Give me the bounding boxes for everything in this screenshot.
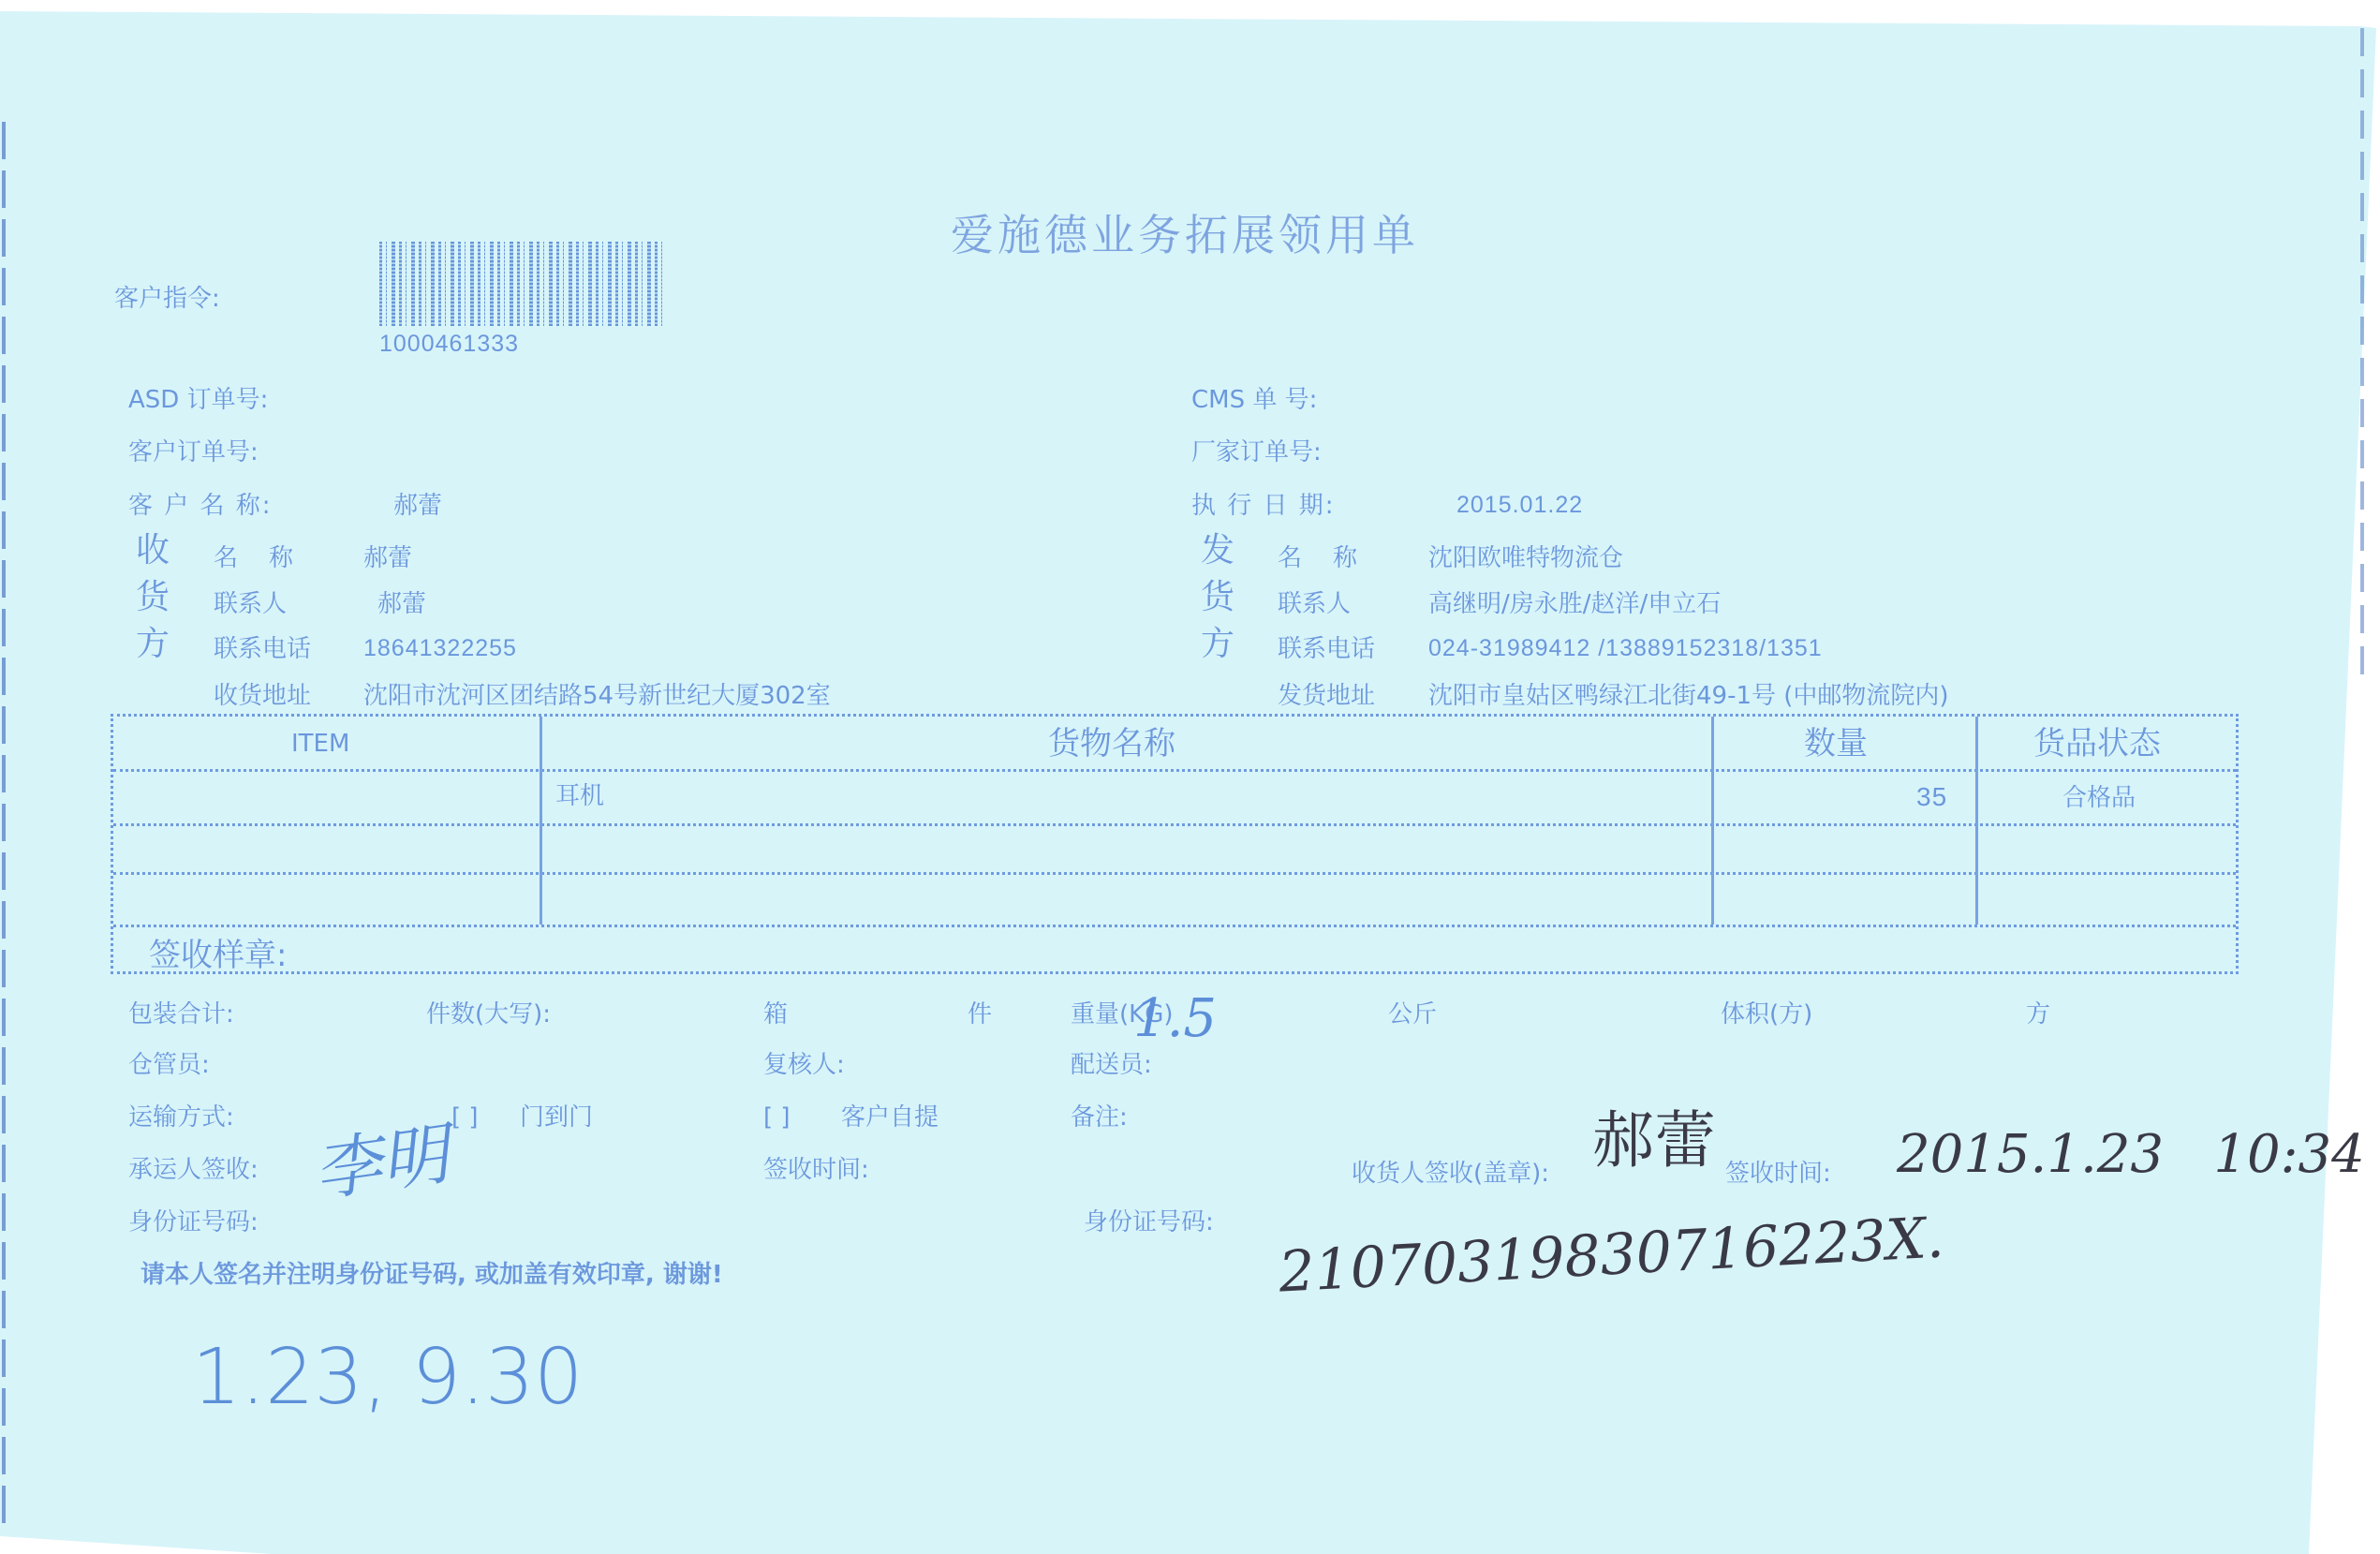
asd-order-label: ASD 订单号: xyxy=(128,388,268,412)
table-header-item: ITEM xyxy=(291,732,349,756)
barcode-icon xyxy=(379,242,665,326)
box-unit: 箱 xyxy=(763,1002,788,1027)
receiver-sign-time-handwritten: 2015.1.23 10:34 xyxy=(1897,1129,2365,1181)
table-column-divider xyxy=(1975,717,1978,925)
self-pickup-label: 客户自提 xyxy=(841,1105,939,1130)
customer-instruction-number: 1000461333 xyxy=(379,333,519,356)
table-divider xyxy=(113,872,2236,875)
piece-unit: 件 xyxy=(968,1002,992,1027)
table-header-status: 货品状态 xyxy=(2033,728,2161,760)
consignee-phone-value: 18641322255 xyxy=(363,637,517,660)
reviewer-label: 复核人: xyxy=(763,1053,845,1077)
table-column-divider xyxy=(540,717,542,925)
row-goods-name: 耳机 xyxy=(555,784,604,808)
volume-label: 体积(方) xyxy=(1721,1002,1812,1027)
self-pickup-checkbox[interactable]: [ ] xyxy=(763,1105,791,1130)
shipper-side-char-1: 发 xyxy=(1201,534,1234,568)
receiver-sign-label: 收货人签收(盖章): xyxy=(1352,1162,1549,1186)
package-total-label: 包装合计: xyxy=(128,1002,234,1027)
table-divider xyxy=(113,769,2236,772)
shipper-contact-label: 联系人 xyxy=(1278,592,1351,616)
remarks-label: 备注: xyxy=(1071,1105,1128,1130)
customer-name-label: 客 户 名 称: xyxy=(128,494,273,518)
goods-table: ITEM 货物名称 数量 货品状态 耳机 35 合格品 签收样章: xyxy=(111,714,2239,974)
table-divider xyxy=(113,823,2236,826)
transport-method-label: 运输方式: xyxy=(128,1105,234,1130)
consignee-phone-label: 联系电话 xyxy=(214,637,311,661)
tractor-feed-perforation-left xyxy=(2,122,6,1527)
carrier-sign-label: 承运人签收: xyxy=(128,1158,259,1182)
tractor-feed-perforation-right xyxy=(2360,28,2364,684)
weight-unit: 公斤 xyxy=(1388,1002,1437,1027)
consignee-side-char-2: 货 xyxy=(136,581,170,614)
consignee-contact-value: 郝蕾 xyxy=(377,592,426,616)
consignee-name-label: 名 称 xyxy=(214,546,293,570)
carrier-signature-handwritten: 李明 xyxy=(310,1119,453,1205)
receiver-sign-time-label: 签收时间: xyxy=(1725,1162,1831,1186)
shipper-side-char-2: 货 xyxy=(1201,581,1234,614)
shipper-address-value: 沈阳市皇姑区鸭绿江北街49-1号 (中邮物流院内) xyxy=(1428,684,1949,708)
customer-instruction-label: 客户指令: xyxy=(114,287,220,311)
row-status: 合格品 xyxy=(2062,786,2136,810)
warehouse-keeper-label: 仓管员: xyxy=(128,1053,210,1077)
table-divider xyxy=(113,925,2236,927)
exec-date-value: 2015.01.22 xyxy=(1456,494,1583,517)
shipper-name-label: 名 称 xyxy=(1278,546,1357,570)
customer-name-value: 郝蕾 xyxy=(393,494,442,518)
consignee-contact-label: 联系人 xyxy=(214,592,287,616)
id-number-label-right: 身份证号码: xyxy=(1084,1210,1214,1235)
table-header-goods-name: 货物名称 xyxy=(1048,728,1175,760)
table-header-quantity: 数量 xyxy=(1804,728,1868,760)
handwritten-note: 1.23, 9.30 xyxy=(192,1339,583,1416)
factory-order-label: 厂家订单号: xyxy=(1191,440,1322,465)
signature-notice: 请本人签名并注明身份证号码, 或加盖有效印章, 谢谢! xyxy=(140,1263,723,1287)
consignee-address-label: 收货地址 xyxy=(214,684,311,708)
consignee-name-value: 郝蕾 xyxy=(363,546,412,570)
customer-order-label: 客户订单号: xyxy=(128,440,259,465)
volume-unit: 方 xyxy=(2026,1002,2050,1027)
shipper-contact-value: 高继明/房永胜/赵洋/申立石 xyxy=(1428,592,1721,616)
shipper-address-label: 发货地址 xyxy=(1278,684,1375,708)
deliverer-label: 配送员: xyxy=(1071,1053,1152,1077)
door-to-door-checkbox[interactable]: [ ] xyxy=(451,1105,479,1130)
pieces-label: 件数(大写): xyxy=(426,1002,551,1027)
consignee-side-char-3: 方 xyxy=(136,628,170,661)
exec-date-label: 执 行 日 期: xyxy=(1191,494,1336,518)
receiver-signature-handwritten: 郝蕾 xyxy=(1592,1110,1716,1172)
weight-value-handwritten: 1.5 xyxy=(1133,993,1217,1045)
door-to-door-label: 门到门 xyxy=(520,1105,593,1130)
shipper-name-value: 沈阳欧唯特物流仓 xyxy=(1428,546,1623,570)
id-number-label-left: 身份证号码: xyxy=(128,1210,259,1235)
row-quantity: 35 xyxy=(1916,784,1947,810)
consignee-side-char-1: 收 xyxy=(136,534,170,568)
sign-time-label: 签收时间: xyxy=(763,1158,869,1182)
form-title: 爱施德业务拓展领用单 xyxy=(951,214,1419,257)
cms-order-label: CMS 单 号: xyxy=(1191,388,1317,412)
shipper-phone-label: 联系电话 xyxy=(1278,637,1375,661)
shipper-side-char-3: 方 xyxy=(1201,628,1234,661)
receipt-stamp-label: 签收样章: xyxy=(149,940,287,971)
table-column-divider xyxy=(1711,717,1714,925)
consignee-address-value: 沈阳市沈河区团结路54号新世纪大厦302室 xyxy=(363,684,831,708)
shipper-phone-value: 024-31989412 /13889152318/1351 xyxy=(1428,637,1823,660)
